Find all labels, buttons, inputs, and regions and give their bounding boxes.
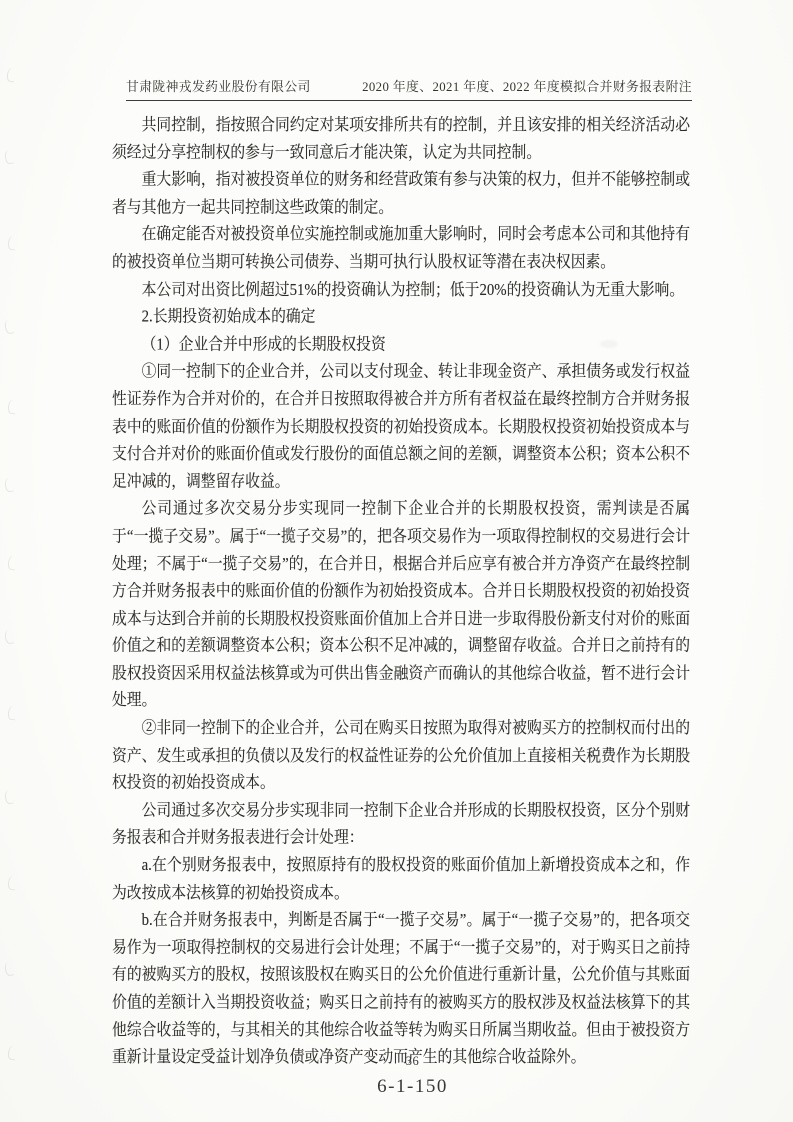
scan-artifact [490,952,516,960]
scan-artifact [7,556,17,571]
body-paragraph: a.在个别财务报表中，按照原持有的股权投资的账面价值加上新增投资成本之和，作为改… [112,852,690,907]
body-paragraph: 在确定能否对被投资单位实施控制或施加重大影响时，同时会考虑本公司和其他持有的被投… [112,222,690,277]
scan-artifact [5,478,14,493]
body-paragraph: ②非同一控制下的企业合并，公司在购买日按照为取得对被购买方的控制权而付出的资产、… [112,715,690,797]
body-paragraph: 公司通过多次交易分步实现非同一控制下企业合并形成的长期股权投资，区分个别财务报表… [112,798,690,853]
scan-artifact [4,630,14,645]
scan-artifact [4,150,13,165]
page-footer: 36 6-1-150 [16,1054,793,1098]
body-paragraph: b.在合并财务报表中，判断是否属于“一揽子交易”。属于“一揽子交易”的，把各项交… [112,907,690,1072]
page-number: 36 [16,1054,793,1069]
scanned-document-page: 甘肃陇神戎发药业股份有限公司 2020 年度、2021 年度、2022 年度模拟… [0,0,793,1122]
scan-artifact [4,319,14,334]
document-code: 6-1-150 [16,1076,793,1098]
company-name: 甘肃陇神戎发药业股份有限公司 [126,76,311,95]
body-paragraph: 公司通过多次交易分步实现同一控制下企业合并的长期股权投资，需判读是否属于“一揽子… [112,496,690,715]
body-paragraph: 共同控制，指按照合同约定对某项安排所共有的控制，并且该安排的相关经济活动必须经过… [112,112,690,167]
scan-artifact [7,876,17,891]
scan-artifact [7,400,17,415]
body-paragraph: 2.长期投资初始成本的确定 [112,304,690,331]
scan-artifact [600,340,618,348]
scan-artifact [7,236,17,251]
body-paragraph: 重大影响，指对被投资单位的财务和经营政策有参与决策的权力，但并不能够控制或者与其… [112,167,690,222]
body-paragraph: ①同一控制下的企业合并，公司以支付现金、转让非现金资产、承担债务或发行权益性证券… [112,359,690,496]
report-title: 2020 年度、2021 年度、2022 年度模拟合并财务报表附注 [362,76,692,95]
scan-artifact [6,68,16,83]
page-header: 甘肃陇神戎发药业股份有限公司 2020 年度、2021 年度、2022 年度模拟… [126,76,692,101]
scan-artifact [4,790,13,805]
scan-artifact [4,961,14,976]
document-body: 共同控制，指按照合同约定对某项安排所共有的控制，并且该安排的相关经济活动必须经过… [112,112,690,1072]
body-paragraph: 本公司对出资比例超过51%的投资确认为控制；低于20%的投资确认为无重大影响。 [112,277,690,304]
scan-artifact [7,706,17,721]
